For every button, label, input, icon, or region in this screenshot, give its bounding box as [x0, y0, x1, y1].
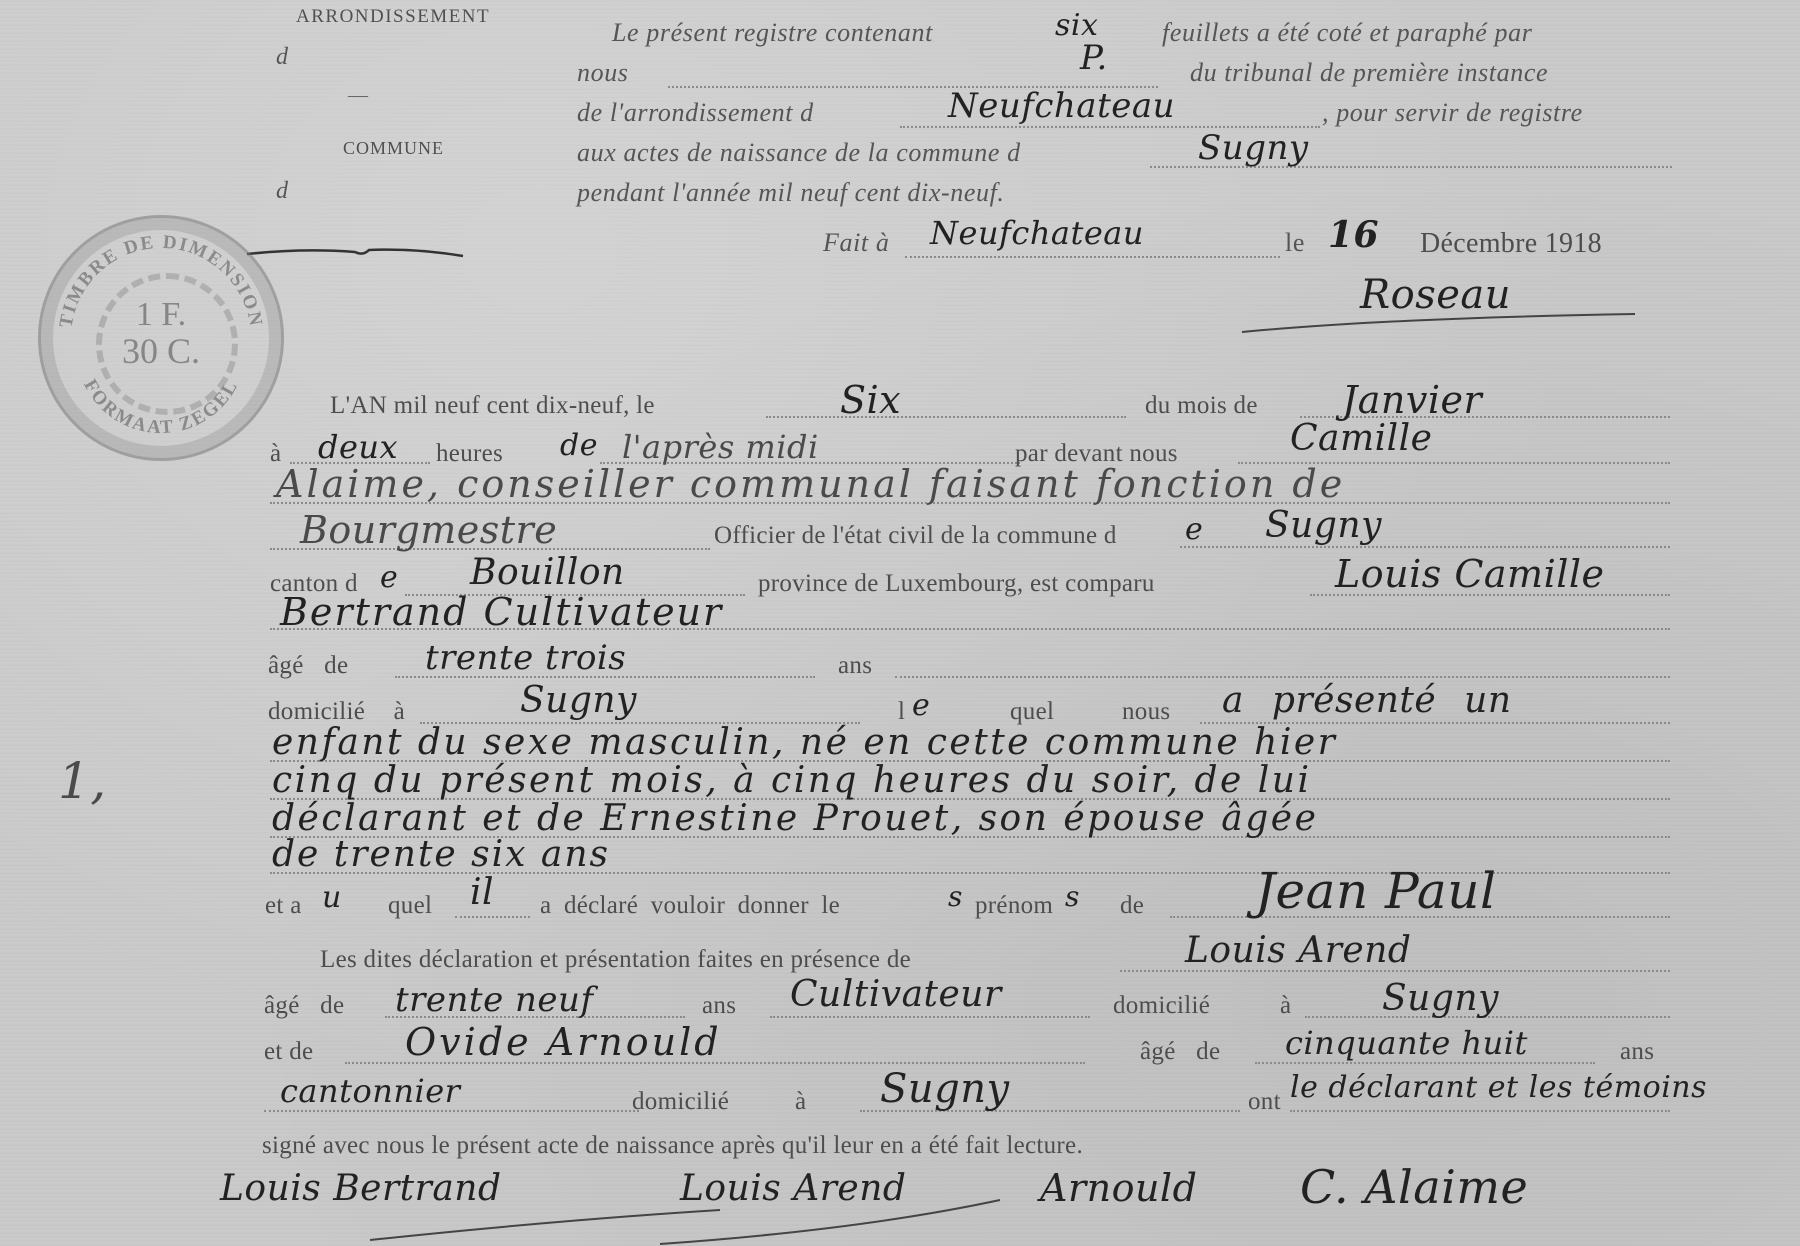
- act-row8-hand-e: e: [912, 688, 930, 723]
- act-row15-hand-place: Sugny: [1382, 978, 1499, 1019]
- stamp-value-line1: 1 F.: [41, 296, 281, 334]
- act-row4-hand-commune: Sugny: [1265, 505, 1382, 546]
- fait-label: Fait à: [823, 228, 889, 258]
- act-row13-hand-names: Jean Paul: [1255, 862, 1496, 920]
- act-row3-hand-text: Alaime, conseiller communal faisant fonc…: [276, 462, 1345, 506]
- register-line2-text-b: du tribunal de première instance: [1190, 58, 1548, 88]
- act-row13-text-d: prénom: [975, 892, 1053, 920]
- signature-flourishes: [360, 1190, 1060, 1246]
- act-row13-text-c: a déclaré vouloir donner le: [540, 892, 840, 920]
- act-row4-text-a: Officier de l'état civil de la commune d: [714, 522, 1117, 550]
- act-row13-text-b: quel: [388, 892, 432, 920]
- act-row16-text-c: ans: [1620, 1038, 1654, 1066]
- date-printed: Décembre 1918: [1420, 228, 1602, 260]
- act-row7-hand-age: trente trois: [425, 638, 626, 678]
- arrondissement-prefix: d: [276, 44, 289, 71]
- act-row2-hand-hour: deux: [318, 428, 398, 466]
- register-line5-text: pendant l'année mil neuf cent dix-neuf.: [577, 178, 1005, 208]
- act-row4-hand-title: Bourgmestre: [300, 508, 557, 552]
- act-row15-hand-age: trente neuf: [395, 980, 594, 1020]
- act-row13-hand-s1: s: [948, 880, 963, 913]
- act-row16-hand-age: cinquante huit: [1285, 1024, 1528, 1062]
- signature-official: C. Alaime: [1300, 1160, 1528, 1214]
- act-row9-hand-text: enfant du sexe masculin, né en cette com…: [272, 722, 1337, 763]
- act-row2-hand-official: Camille: [1290, 418, 1433, 459]
- register-line3-text-a: de l'arrondissement d: [577, 98, 814, 128]
- commune-prefix: d: [276, 178, 289, 205]
- act-row8-hand-place: Sugny: [520, 680, 637, 721]
- register-hand-commune: Sugny: [1198, 128, 1309, 168]
- act-row15-text-a: âgé de: [264, 992, 344, 1020]
- act-row1-text-b: du mois de: [1145, 392, 1258, 420]
- act-row5-text-b: province de Luxembourg, est comparu: [758, 570, 1155, 598]
- act-row4-dots-b: [1180, 546, 1670, 548]
- act-row1-text-a: L'AN mil neuf cent dix-neuf, le: [330, 392, 655, 420]
- fait-hand-place: Neufchateau: [930, 214, 1144, 252]
- act-row1-hand-month: Janvier: [1342, 378, 1482, 422]
- act-row8-hand-text: a présenté un: [1222, 680, 1512, 721]
- signature-underline: [1240, 310, 1640, 340]
- register-line3-text-b: , pour servir de registre: [1322, 98, 1583, 128]
- act-row7-dots-b: [895, 676, 1670, 678]
- act-row15-text-c: domicilié: [1113, 992, 1210, 1020]
- register-line1-text-b: feuillets a été coté et paraphé par: [1162, 18, 1532, 48]
- act-row13-dots-a: [455, 916, 530, 918]
- register-hand-initial: P.: [1080, 38, 1108, 78]
- header-dash: —: [348, 84, 368, 107]
- act-row17-hand-text: le déclarant et les témoins: [1290, 1070, 1707, 1105]
- act-row17-dots-c: [1290, 1110, 1670, 1112]
- act-row13-text-a: et a: [265, 892, 302, 920]
- act-row13-hand-il: il: [470, 872, 494, 913]
- margin-act-number: 1,: [58, 752, 107, 810]
- act-row17-text-c: ont: [1248, 1088, 1281, 1116]
- tax-stamp: TIMBRE DE DIMENSION FORMAAT ZEGEL 1 F. 3…: [38, 215, 284, 461]
- fait-dots: [905, 256, 1280, 258]
- act-row16-dots-b: [1255, 1062, 1595, 1064]
- act-row17-hand-profession: cantonnier: [280, 1072, 460, 1110]
- commune-label: COMMUNE: [343, 138, 444, 159]
- act-row15-text-b: ans: [702, 992, 736, 1020]
- act-row5-hand-name: Louis Camille: [1335, 552, 1605, 596]
- act-row16-text-a: et de: [264, 1038, 313, 1066]
- act-row17-text-b: à: [795, 1088, 806, 1116]
- register-line2-text-a: nous: [577, 58, 629, 88]
- act-row15-hand-profession: Cultivateur: [790, 974, 1002, 1015]
- act-row7-text-a: âgé de: [268, 652, 348, 680]
- signature-witness2: Arnould: [1040, 1166, 1197, 1210]
- act-row17-dots-a: [264, 1110, 639, 1112]
- act-row4-hand-e: e: [1185, 512, 1203, 547]
- act-row7-text-b: ans: [838, 652, 872, 680]
- act-row16-hand-witness2: Ovide Arnould: [405, 1020, 722, 1064]
- act-row1-hand-day: Six: [840, 378, 901, 422]
- act-row13-hand-s2: s: [1065, 880, 1080, 913]
- act-row5-hand-canton: Bouillon: [470, 552, 625, 593]
- arrondissement-label: ARRONDISSEMENT: [296, 6, 490, 28]
- act-row17-text-a: domicilié: [632, 1088, 729, 1116]
- act-row10-hand-text: cinq du présent mois, à cinq heures du s…: [272, 760, 1312, 801]
- register-line4-text-a: aux actes de naissance de la commune d: [577, 138, 1021, 168]
- le-label: le: [1285, 228, 1305, 258]
- act-row12-hand-text: de trente six ans: [272, 834, 610, 875]
- act-row18-text-a: signé avec nous le présent acte de naiss…: [262, 1132, 1083, 1160]
- date-hand-day: 16: [1328, 214, 1379, 256]
- register-line1-text-a: Le présent registre contenant: [612, 18, 933, 48]
- act-row16-text-b: âgé de: [1140, 1038, 1220, 1066]
- act-row13-hand-u: u: [322, 880, 342, 915]
- act-row6-hand-text: Bertrand Cultivateur: [280, 590, 723, 634]
- act-row11-hand-text: déclarant et de Ernestine Prouet, son ép…: [272, 798, 1318, 839]
- register-hand-arrondissement: Neufchateau: [948, 86, 1175, 126]
- act-row2-hand-time: l'après midi: [622, 428, 819, 466]
- act-row15-dots-b: [770, 1016, 1090, 1018]
- act-row14-text-a: Les dites déclaration et présentation fa…: [320, 946, 911, 974]
- act-row15-text-d: à: [1280, 992, 1291, 1020]
- act-row13-text-e: de: [1120, 892, 1144, 920]
- act-row1-dots-a: [766, 416, 1126, 418]
- act-row14-hand-witness1: Louis Arend: [1185, 930, 1411, 971]
- act-row2-hand-de: de: [560, 428, 598, 463]
- stamp-value-line2: 30 C.: [41, 330, 281, 372]
- act-row17-hand-place: Sugny: [880, 1066, 1010, 1112]
